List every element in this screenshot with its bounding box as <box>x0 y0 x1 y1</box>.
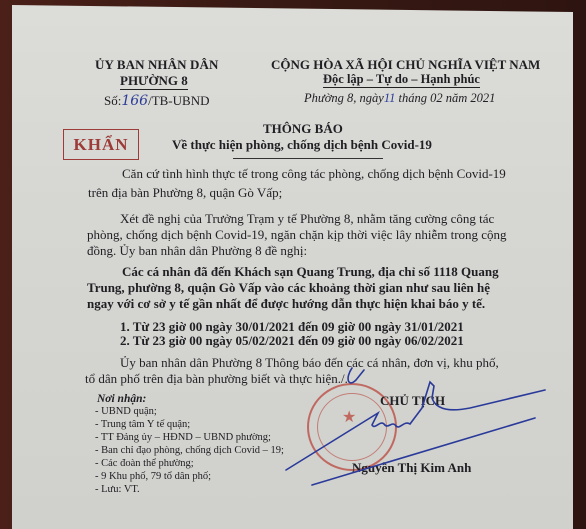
urgent-stamp: KHẨN <box>63 129 139 160</box>
date-day-handwritten: 11 <box>384 91 396 105</box>
request-paragraph-line: Trung, phường 8, quận Gò Vấp vào các kho… <box>87 280 490 296</box>
signatory-title: CHỦ TỊCH <box>380 393 445 409</box>
recipient-item: - Trung tâm Y tế quận; <box>95 419 190 430</box>
closing-paragraph-line: tổ dân phố trên địa bàn phường biết và t… <box>85 371 348 387</box>
document-number-handwritten: 166 <box>121 93 148 109</box>
time-period-item: 2. Từ 23 giờ 00 ngày 05/02/2021 đến 09 g… <box>120 333 464 349</box>
document-number: Số:166/TB-UBND <box>104 93 209 109</box>
request-paragraph-line: Các cá nhân đã đến Khách sạn Quang Trung… <box>122 264 499 280</box>
proposal-paragraph-line: phòng, chống dịch bệnh Covid-19, ngăn ch… <box>87 227 507 243</box>
issue-date: Phường 8, ngày11 tháng 02 năm 2021 <box>304 91 495 106</box>
recipient-item: - TT Đảng ủy – HĐND – UBND phường; <box>95 432 271 443</box>
issuing-organization: ỦY BAN NHÂN DÂN <box>95 57 218 73</box>
date-prefix: Phường 8, ngày <box>304 91 384 105</box>
document-number-suffix: /TB-UBND <box>148 93 209 108</box>
basis-paragraph-line: trên địa bàn Phường 8, quận Gò Vấp; <box>88 185 282 201</box>
request-paragraph-line: ngay với cơ sở y tế gần nhất để được hướ… <box>87 296 485 312</box>
recipient-item: - UBND quận; <box>95 406 157 417</box>
signatory-name: Nguyễn Thị Kim Anh <box>352 460 471 476</box>
basis-paragraph-line: Căn cứ tình hình thực tế trong công tác … <box>122 166 506 182</box>
recipient-item: - Các đoàn thể phường; <box>95 458 194 469</box>
closing-paragraph-line: Ủy ban nhân dân Phường 8 Thông báo đến c… <box>120 355 499 371</box>
issuing-ward: PHƯỜNG 8 <box>120 73 188 90</box>
star-icon: ★ <box>342 407 356 426</box>
recipient-item: - Ban chỉ đạo phòng, chống dịch Covid – … <box>95 445 284 456</box>
proposal-paragraph-line: Xét đề nghị của Trưởng Trạm y tế Phường … <box>120 211 494 227</box>
national-title: CỘNG HÒA XÃ HỘI CHỦ NGHĨA VIỆT NAM <box>271 57 540 73</box>
document-title: THÔNG BÁO <box>263 121 343 137</box>
subtitle-underline <box>233 158 383 159</box>
document-subtitle: Về thực hiện phòng, chống dịch bệnh Covi… <box>172 137 432 153</box>
proposal-paragraph-line: đồng. Ủy ban nhân dân Phường 8 đề nghị: <box>87 243 307 259</box>
recipients-heading: Nơi nhận: <box>97 393 146 405</box>
national-motto: Độc lập – Tự do – Hạnh phúc <box>323 72 480 88</box>
document-number-prefix: Số: <box>104 93 121 108</box>
recipient-item: - Lưu: VT. <box>95 484 140 495</box>
date-suffix: tháng 02 năm 2021 <box>395 91 495 105</box>
recipient-item: - 9 Khu phố, 79 tổ dân phố; <box>95 471 211 482</box>
